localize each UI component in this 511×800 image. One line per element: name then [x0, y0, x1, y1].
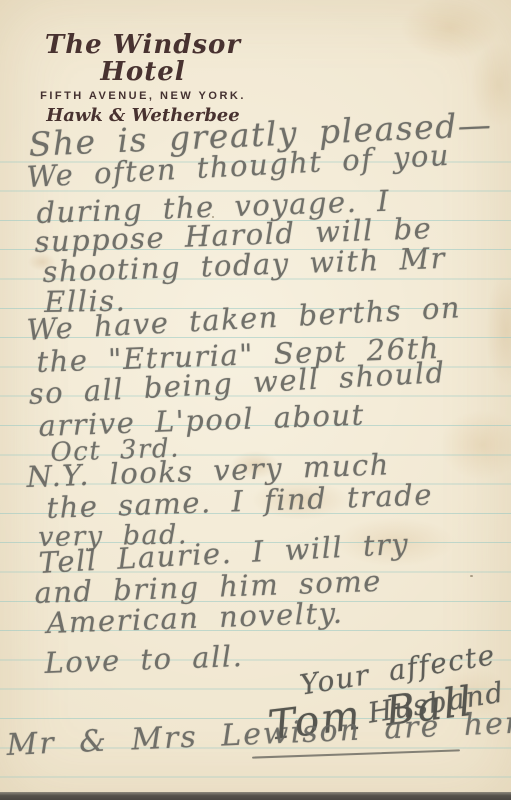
- letter-page: The Windsor Hotel FIFTH AVENUE, NEW YORK…: [0, 0, 511, 800]
- paper-speck: [212, 216, 214, 218]
- letterhead: The Windsor Hotel FIFTH AVENUE, NEW YORK…: [28, 32, 258, 126]
- handwritten-line: arrive L'pool about: [38, 401, 365, 441]
- paper-speck: [470, 575, 473, 577]
- scan-bottom-edge: [0, 792, 511, 800]
- paper-speck: [417, 127, 420, 130]
- postscript-line: Mr & Mrs Lewison are here: [6, 708, 511, 761]
- handwritten-line: Love to all.: [44, 642, 244, 678]
- hotel-name: The Windsor Hotel: [28, 32, 258, 87]
- hotel-address: FIFTH AVENUE, NEW YORK.: [28, 90, 258, 102]
- handwritten-line: American novelty.: [46, 599, 344, 638]
